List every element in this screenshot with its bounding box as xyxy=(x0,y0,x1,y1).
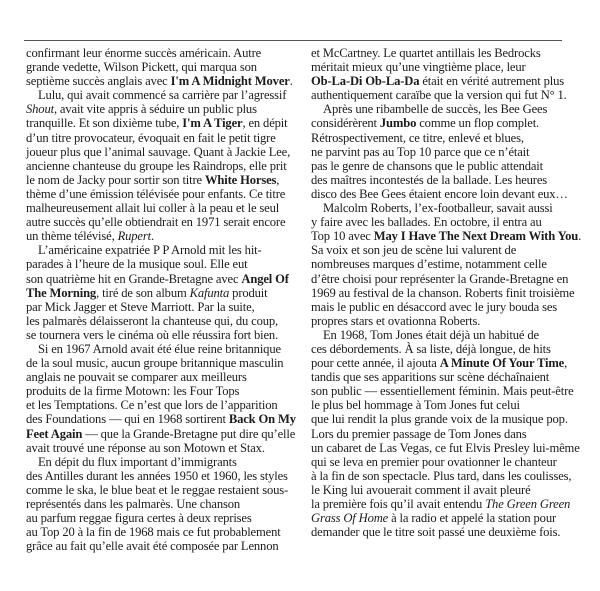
text-line: comme le ska, le blue beat et le reggae … xyxy=(26,483,306,497)
text-run: des Foundations — qui en 1968 sortirent xyxy=(26,412,229,426)
text-line: confirmant leur énorme succès américain.… xyxy=(26,46,306,60)
text-run: à la fin de son spectacle. Plus tard, da… xyxy=(311,469,571,483)
text-line: demander que le titre soit passé une deu… xyxy=(311,525,586,539)
text-run: son quatrième hit en Grande-Bretagne ave… xyxy=(26,272,241,286)
text-line: The Morning, tiré de son album Kafunta p… xyxy=(26,286,306,300)
text-line: Si en 1967 Arnold avait été élue reine b… xyxy=(26,342,306,356)
text-run: tranquille. Et son dixième tube, xyxy=(26,116,182,130)
text-run: , tiré de son album xyxy=(96,286,190,300)
text-line: Feet Again — que la Grande-Bretagne put … xyxy=(26,427,306,441)
text-line: les palmarès délaisseront la chanteuse q… xyxy=(26,314,306,328)
text-line: qui se leva en premier pour ovationner l… xyxy=(311,455,586,469)
text-run: que lui rendit la plus grande voix de la… xyxy=(311,412,568,426)
text-run: En dépit du flux important d’immigrants xyxy=(38,455,237,469)
text-line: authentiquement caraïbe que la version q… xyxy=(311,88,586,102)
text-run: grâce au fait qu’elle avait été composée… xyxy=(26,539,279,553)
text-line: Lulu, qui avait commencé sa carrière par… xyxy=(26,88,306,102)
text-run: le King lui avouerait comment il avait p… xyxy=(311,483,531,497)
song-title-bold: Feet Again xyxy=(26,427,82,441)
text-line: des Antilles durant les années 1950 et 1… xyxy=(26,469,306,483)
text-line: pour cette année, il ajouta A Minute Of … xyxy=(311,356,586,370)
title-italic: Shout xyxy=(26,102,54,116)
text-run: propres stars et ovationna Roberts. xyxy=(311,314,480,328)
text-line: au parfum reggae figura certes à deux re… xyxy=(26,511,306,525)
text-run: malheureusement allait lui coller à la p… xyxy=(26,201,279,215)
text-line: le plus bel hommage à Tom Jones fut celu… xyxy=(311,398,586,412)
text-line: En dépit du flux important d’immigrants xyxy=(26,455,306,469)
text-run: Lulu, qui avait commencé sa carrière par… xyxy=(38,88,286,102)
text-line: d’un titre provocateur, évoquait en fait… xyxy=(26,131,306,145)
text-line: Sa voix et son jeu de scène lui valurent… xyxy=(311,243,586,257)
text-line: Grass Of Home à la radio et appelé la st… xyxy=(311,511,586,525)
text-line: d’être choisi pour représenter la Grande… xyxy=(311,272,586,286)
text-line: nombreuses marques d’estime, notamment c… xyxy=(311,257,586,271)
text-run: produits de la firme Motown: les Four To… xyxy=(26,384,239,398)
text-line: Rétrospectivement, ce titre, enlevé et b… xyxy=(311,131,586,145)
song-title-bold: Ob-La-Di Ob-La-Da xyxy=(311,74,419,88)
text-run: au parfum reggae figura certes à deux re… xyxy=(26,511,252,525)
text-line: le nom de Jacky pour sortir son titre Wh… xyxy=(26,173,306,187)
text-line: anglais ne pouvait se comparer aux meill… xyxy=(26,370,306,384)
title-italic: The Green Green xyxy=(485,497,570,511)
text-line: à la fin de son spectacle. Plus tard, da… xyxy=(311,469,586,483)
text-column-left: confirmant leur énorme succès américain.… xyxy=(26,46,306,553)
text-run: son public — essentiellement féminin. Ma… xyxy=(311,384,574,398)
text-run: le plus bel hommage à Tom Jones fut celu… xyxy=(311,398,520,412)
text-run: joueur plus que l’animal sauvage. Quant … xyxy=(26,145,290,159)
text-run: , xyxy=(564,356,567,370)
text-run: un cabaret de Las Vegas, ce fut Elvis Pr… xyxy=(311,441,580,455)
text-run: . xyxy=(151,229,154,243)
text-line: de la soul music, aucun groupe britanniq… xyxy=(26,356,306,370)
text-run: Lors du premier passage de Tom Jones dan… xyxy=(311,427,527,441)
text-run: la première fois qu’il avait entendu xyxy=(311,497,485,511)
text-run: — que la Grande-Bretagne put dire qu’ell… xyxy=(82,427,295,441)
song-title-bold: Jumbo xyxy=(380,116,416,130)
text-run: . xyxy=(578,229,581,243)
text-run: ces débordements. À sa liste, déjà longu… xyxy=(311,342,551,356)
text-line: Après une ribambelle de succès, les Bee … xyxy=(311,102,586,116)
text-run: Top 10 avec xyxy=(311,229,374,243)
text-line: grande vedette, Wilson Pickett, qui marq… xyxy=(26,60,306,74)
text-run: , xyxy=(276,173,279,187)
text-line: des Foundations — qui en 1968 sortirent … xyxy=(26,412,306,426)
text-run: à la radio et appelé la station pour xyxy=(388,511,556,525)
text-line: disco des Bee Gees étaient encore loin d… xyxy=(311,187,586,201)
text-line: Lors du premier passage de Tom Jones dan… xyxy=(311,427,586,441)
text-line: ancienne chanteuse du groupe les Raindro… xyxy=(26,159,306,173)
text-line: considérèrent Jumbo comme un flop comple… xyxy=(311,116,586,130)
text-line: son quatrième hit en Grande-Bretagne ave… xyxy=(26,272,306,286)
text-run: thème d’une émission télévisée pour enfa… xyxy=(26,187,285,201)
song-title-bold: May I Have The Next Dream With You xyxy=(374,229,578,243)
text-run: Si en 1967 Arnold avait été élue reine b… xyxy=(38,342,281,356)
song-title-bold: I'm A Tiger xyxy=(182,116,242,130)
text-run: y faire avec les ballades. En octobre, i… xyxy=(311,215,542,229)
text-run: authentiquement caraïbe que la version q… xyxy=(311,88,567,102)
text-run: était en vérité autrement plus xyxy=(419,74,564,88)
text-run: Après une ribambelle de succès, les Bee … xyxy=(323,102,547,116)
text-run: méritait mieux qu’une vingtième place, l… xyxy=(311,60,526,74)
text-run: le nom de Jacky pour sortir son titre xyxy=(26,173,205,187)
text-column-right: et McCartney. Le quartet antillais les B… xyxy=(311,46,586,539)
text-line: Malcolm Roberts, l’ex-footballeur, savai… xyxy=(311,201,586,215)
text-line: L’américaine expatriée P P Arnold mit le… xyxy=(26,243,306,257)
text-line: un thème télévisé, Rupert. xyxy=(26,229,306,243)
text-run: et McCartney. Le quartet antillais les B… xyxy=(311,46,541,60)
text-line: 1969 au festival de la chanson. Roberts … xyxy=(311,286,586,300)
text-line: Ob-La-Di Ob-La-Da était en vérité autrem… xyxy=(311,74,586,88)
text-line: le King lui avouerait comment il avait p… xyxy=(311,483,586,497)
text-run: . xyxy=(290,74,293,88)
text-line: mais le public en désaccord avec le jury… xyxy=(311,300,586,314)
text-run: autre succès qu’elle obtiendrait en 1971… xyxy=(26,215,285,229)
text-run: Rétrospectivement, ce titre, enlevé et b… xyxy=(311,131,524,145)
text-run: ne parvint pas au Top 10 parce que ce n’… xyxy=(311,145,529,159)
text-run: produit xyxy=(229,286,267,300)
text-line: ne parvint pas au Top 10 parce que ce n’… xyxy=(311,145,586,159)
text-run: demander que le titre soit passé une deu… xyxy=(311,525,560,539)
text-run: se tournera vers le cinéma où elle réuss… xyxy=(26,328,278,342)
text-line: tranquille. Et son dixième tube, I'm A T… xyxy=(26,116,306,130)
text-line: autre succès qu’elle obtiendrait en 1971… xyxy=(26,215,306,229)
text-line: se tournera vers le cinéma où elle réuss… xyxy=(26,328,306,342)
text-run: 1969 au festival de la chanson. Roberts … xyxy=(311,286,575,300)
text-line: En 1968, Tom Jones était déjà un habitué… xyxy=(311,328,586,342)
text-run: au Top 20 à la fin de 1968 mais ce fut p… xyxy=(26,525,281,539)
text-run: Sa voix et son jeu de scène lui valurent… xyxy=(311,243,516,257)
title-italic: Rupert xyxy=(118,229,151,243)
text-run: anglais ne pouvait se comparer aux meill… xyxy=(26,370,247,384)
text-run: nombreuses marques d’estime, notamment c… xyxy=(311,257,547,271)
text-run: des Antilles durant les années 1950 et 1… xyxy=(26,469,288,483)
text-run: un thème télévisé, xyxy=(26,229,118,243)
song-title-bold: The Morning xyxy=(26,286,96,300)
text-line: pas le genre de chansons que le public a… xyxy=(311,159,586,173)
text-line: au Top 20 à la fin de 1968 mais ce fut p… xyxy=(26,525,306,539)
text-run: d’être choisi pour représenter la Grande… xyxy=(311,272,568,286)
text-run: considérèrent xyxy=(311,116,380,130)
text-line: que lui rendit la plus grande voix de la… xyxy=(311,412,586,426)
text-run: les palmarès délaisseront la chanteuse q… xyxy=(26,314,278,328)
text-run: avait trouvé une réponse au son Motown e… xyxy=(26,441,265,455)
text-run: mais le public en désaccord avec le jury… xyxy=(311,300,557,314)
text-line: propres stars et ovationna Roberts. xyxy=(311,314,586,328)
text-run: confirmant leur énorme succès américain.… xyxy=(26,46,261,60)
text-run: représentés dans les palmarès. Une chans… xyxy=(26,497,240,511)
text-run: de la soul music, aucun groupe britanniq… xyxy=(26,356,283,370)
song-title-bold: Back On My xyxy=(229,412,296,426)
title-italic: Kafunta xyxy=(190,286,230,300)
text-line: représentés dans les palmarès. Une chans… xyxy=(26,497,306,511)
text-run: par Mick Jagger et Steve Marriott. Par l… xyxy=(26,300,255,314)
text-run: Malcolm Roberts, l’ex-footballeur, savai… xyxy=(323,201,553,215)
text-run: des maîtres incontestés de la ballade. L… xyxy=(311,173,547,187)
text-line: des maîtres incontestés de la ballade. L… xyxy=(311,173,586,187)
text-run: En 1968, Tom Jones était déjà un habitué… xyxy=(323,328,539,342)
text-run: qui se leva en premier pour ovationner l… xyxy=(311,455,557,469)
text-run: septième succès anglais avec xyxy=(26,74,171,88)
title-italic: Grass Of Home xyxy=(311,511,388,525)
text-line: septième succès anglais avec I'm A Midni… xyxy=(26,74,306,88)
text-line: produits de la firme Motown: les Four To… xyxy=(26,384,306,398)
text-line: et les Temptations. Ce n’est que lors de… xyxy=(26,398,306,412)
text-line: par Mick Jagger et Steve Marriott. Par l… xyxy=(26,300,306,314)
text-line: parades à l’heure de la musique soul. El… xyxy=(26,257,306,271)
text-run: et les Temptations. Ce n’est que lors de… xyxy=(26,398,278,412)
text-run: d’un titre provocateur, évoquait en fait… xyxy=(26,131,276,145)
song-title-bold: Angel Of xyxy=(241,272,288,286)
text-line: Shout, avait vite appris à séduire un pu… xyxy=(26,102,306,116)
song-title-bold: White Horses xyxy=(205,173,276,187)
text-line: tandis que ses apparitions sur scène déc… xyxy=(311,370,586,384)
song-title-bold: A Minute Of Your Time xyxy=(440,356,564,370)
text-run: ancienne chanteuse du groupe les Raindro… xyxy=(26,159,287,173)
text-run: comme le ska, le blue beat et le reggae … xyxy=(26,483,288,497)
text-line: un cabaret de Las Vegas, ce fut Elvis Pr… xyxy=(311,441,586,455)
text-line: malheureusement allait lui coller à la p… xyxy=(26,201,306,215)
text-run: disco des Bee Gees étaient encore loin d… xyxy=(311,187,568,201)
text-run: pas le genre de chansons que le public a… xyxy=(311,159,543,173)
header-rule xyxy=(24,40,562,41)
text-run: comme un flop complet. xyxy=(416,116,539,130)
text-line: Top 10 avec May I Have The Next Dream Wi… xyxy=(311,229,586,243)
text-line: grâce au fait qu’elle avait été composée… xyxy=(26,539,306,553)
text-run: pour cette année, il ajouta xyxy=(311,356,440,370)
text-run: tandis que ses apparitions sur scène déc… xyxy=(311,370,549,384)
text-run: , en dépit xyxy=(242,116,287,130)
text-line: y faire avec les ballades. En octobre, i… xyxy=(311,215,586,229)
song-title-bold: I'm A Midnight Mover xyxy=(171,74,290,88)
text-run: L’américaine expatriée P P Arnold mit le… xyxy=(38,243,262,257)
text-run: parades à l’heure de la musique soul. El… xyxy=(26,257,247,271)
text-line: joueur plus que l’animal sauvage. Quant … xyxy=(26,145,306,159)
text-run: grande vedette, Wilson Pickett, qui marq… xyxy=(26,60,257,74)
text-run: , avait vite appris à séduire un public … xyxy=(54,102,257,116)
text-line: son public — essentiellement féminin. Ma… xyxy=(311,384,586,398)
text-line: méritait mieux qu’une vingtième place, l… xyxy=(311,60,586,74)
text-line: la première fois qu’il avait entendu The… xyxy=(311,497,586,511)
text-line: et McCartney. Le quartet antillais les B… xyxy=(311,46,586,60)
text-line: thème d’une émission télévisée pour enfa… xyxy=(26,187,306,201)
text-line: ces débordements. À sa liste, déjà longu… xyxy=(311,342,586,356)
text-line: avait trouvé une réponse au son Motown e… xyxy=(26,441,306,455)
